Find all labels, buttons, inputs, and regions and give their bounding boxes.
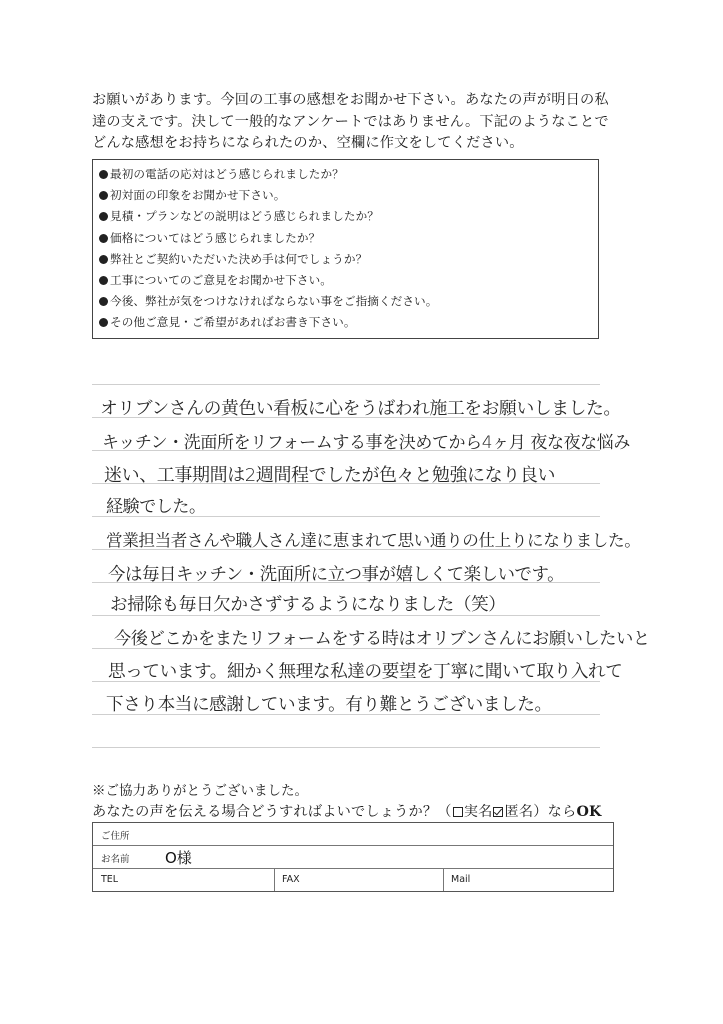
tel-label: TEL [101,874,118,885]
name-row[interactable]: お名前 O様 [93,846,613,869]
question-item: 初対面の印象をお聞かせ下さい。 [99,185,598,206]
handwritten-essay-area: オリブンさんの黄色い看板に心をうばわれ施工をお願いしました。 キッチン・洗面所を… [92,384,600,750]
fax-label: FAX [282,874,300,885]
intro-paragraph: お願いがあります。今回の工事の感想をお聞かせ下さい。あなたの声が明日の私 達の支… [92,90,632,155]
intro-line: どんな感想をお持ちになられたのか、空欄に作文をしてください。 [92,133,632,155]
phone-row: TEL FAX Mail [93,869,613,891]
name-field[interactable]: O様 [165,847,192,868]
publication-consent: あなたの声を伝える場合どうすればよいでしょうか？（実名匿名）ならOK [92,801,602,821]
essay-line: キッチン・洗面所をリフォームする事を決めてから4ヶ月 夜な夜な悩み [102,428,630,453]
bullet-icon [99,276,108,285]
bullet-icon [99,234,108,243]
mail-label: Mail [451,874,470,885]
essay-line: 思っています。細かく無理な私達の要望を丁寧に聞いて取り入れて [108,658,622,683]
bullet-icon [99,191,108,200]
intro-line: お願いがあります。今回の工事の感想をお聞かせ下さい。あなたの声が明日の私 [92,90,632,112]
question-prompts-box: 最初の電話の応対はどう感じられましたか？ 初対面の印象をお聞かせ下さい。 見積・… [92,159,599,339]
address-row[interactable]: ご住所 [93,823,613,846]
question-item: その他ご意見・ご希望があればお書き下さい。 [99,312,598,333]
question-item: 見積・プランなどの説明はどう感じられましたか？ [99,206,598,227]
bullet-icon [99,255,108,264]
anonymous-checkbox[interactable] [493,807,503,817]
ruled-line [92,384,600,385]
contact-info-table: ご住所 お名前 O様 TEL FAX Mail [92,822,614,892]
consent-ok: OK [576,804,601,820]
question-item: 工事についてのご意見をお聞かせ下さい。 [99,270,598,291]
bullet-icon [99,170,108,179]
essay-line: お掃除も毎日欠かさずするようになりました（笑） [110,591,505,616]
thanks-note: ※ご協力ありがとうございました。 [92,779,308,799]
essay-line: 下さり本当に感謝しています。有り難とうございました。 [106,691,552,716]
real-name-label: 実名 [464,804,493,820]
address-label: ご住所 [101,828,130,842]
mail-cell[interactable]: Mail [443,869,614,891]
consent-question: あなたの声を伝える場合どうすればよいでしょうか？（ [92,804,452,820]
question-item: 最初の電話の応対はどう感じられましたか？ [99,164,598,185]
question-item: 今後、弊社が気をつけなければならない事をご指摘ください。 [99,291,598,312]
ruled-line [92,747,600,748]
essay-line: 今は毎日キッチン・洗面所に立つ事が嬉しくて楽しいです。 [108,560,564,585]
intro-line: 達の支えです。決して一般的なアンケートではありません。下記のようなことで [92,112,632,134]
essay-line: 今後どこかをまたリフォームをする時はオリブンさんにお願いしたいと [114,624,650,649]
question-item: 弊社とご契約いただいた決め手は何でしょうか？ [99,249,598,270]
bullet-icon [99,297,108,306]
anonymous-label: 匿名 [504,804,533,820]
essay-line: 経験でした。 [106,492,206,517]
bullet-icon [99,212,108,221]
essay-line: 迷い、工事期間は2週間程でしたが色々と勉強になり良い [104,461,555,487]
name-label: お名前 [101,851,130,865]
consent-suffix: ）なら [533,804,576,820]
essay-line: オリブンさんの黄色い看板に心をうばわれ施工をお願いしました。 [100,395,621,420]
bullet-icon [99,318,108,327]
question-item: 価格についてはどう感じられましたか？ [99,228,598,249]
real-name-checkbox[interactable] [453,807,463,817]
essay-line: 営業担当者さんや職人さん達に恵まれて思い通りの仕上りになりました。 [106,527,640,551]
fax-cell[interactable]: FAX [274,869,447,891]
